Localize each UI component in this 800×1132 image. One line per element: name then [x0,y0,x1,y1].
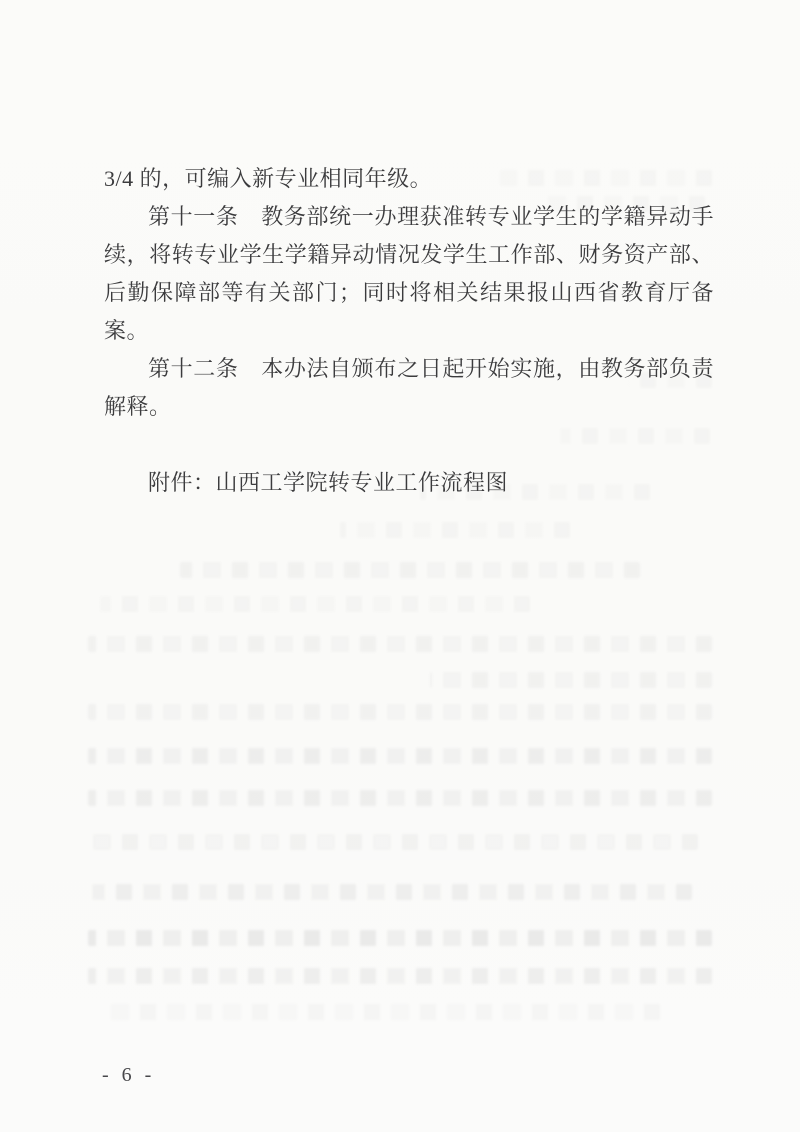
bleed-through-line [88,968,712,984]
bleed-through-line [88,704,712,720]
scanned-document-page: 3/4 的，可编入新专业相同年级。第十一条 教务部统一办理获准转专业学生的学籍异… [0,0,800,1132]
bleed-through-line [92,884,692,900]
page-number: - 6 - [102,1064,155,1087]
bleed-through-line [100,1004,660,1020]
bleed-through-line [88,790,712,806]
document-text-block: 3/4 的，可编入新专业相同年级。第十一条 教务部统一办理获准转专业学生的学籍异… [104,160,714,502]
bleed-through-line [180,562,640,578]
paragraph: 第十一条 教务部统一办理获准转专业学生的学籍异动手续，将转专业学生学籍异动情况发… [104,198,714,350]
bleed-through-line [88,930,712,946]
bleed-through-line [100,596,530,612]
paragraph: 第十二条 本办法自颁布之日起开始实施，由教务部负责解释。 [104,350,714,426]
paragraph: 附件：山西工学院转专业工作流程图 [104,464,714,502]
bleed-through-line [340,522,570,538]
paragraph: 3/4 的，可编入新专业相同年级。 [104,160,714,198]
bleed-through-line [88,748,712,764]
bleed-through-line [88,636,712,652]
bleed-through-line [88,834,698,850]
bleed-through-line [430,672,712,688]
